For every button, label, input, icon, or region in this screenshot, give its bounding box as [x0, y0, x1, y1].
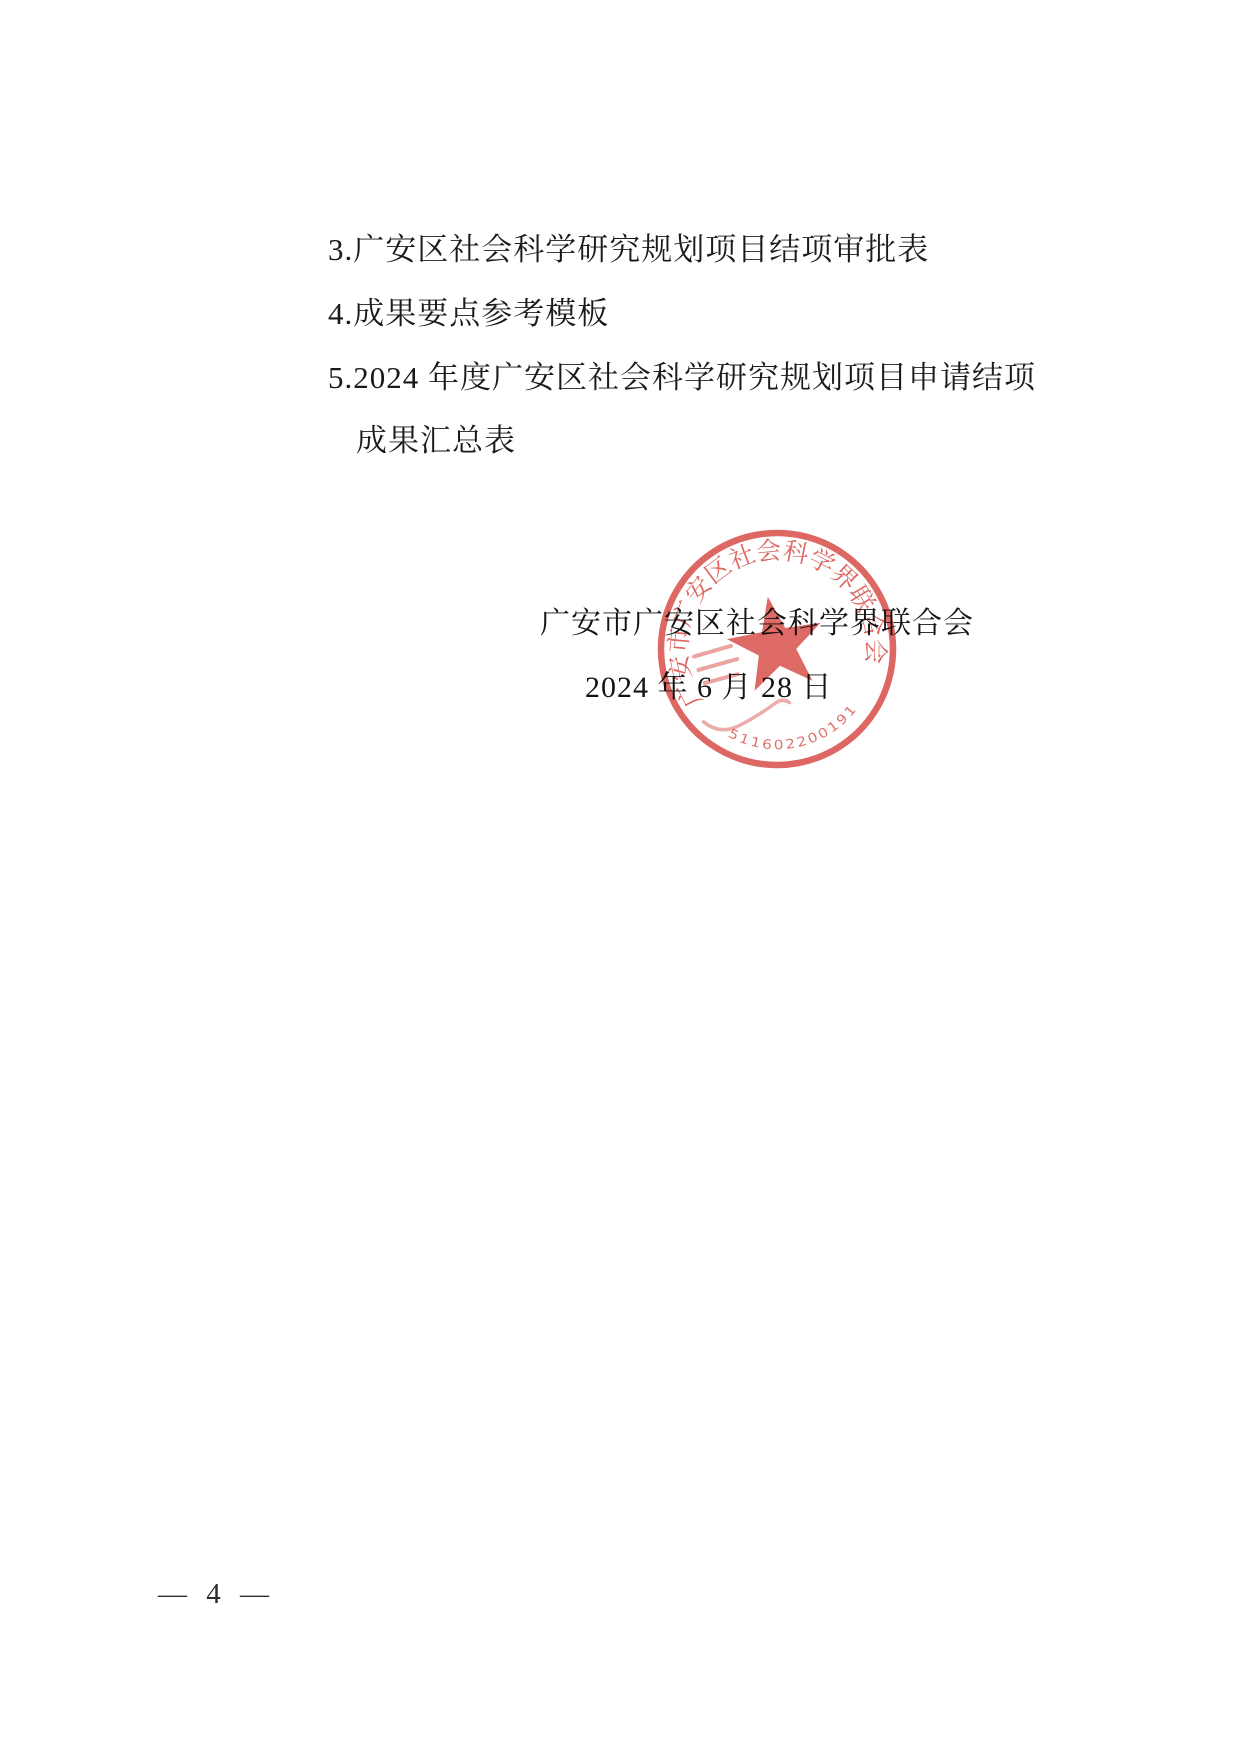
page-number: — 4 — — [158, 1578, 275, 1611]
attachment-item-5: 5.2024 年度广安区社会科学研究规划项目申请结项 — [328, 352, 1036, 397]
signature-date: 2024 年 6 月 28 日 — [585, 662, 833, 706]
stamp-ring-circle — [643, 515, 912, 784]
official-stamp: 广安市广安区社会科学界联合会 5116022001910 — [625, 497, 929, 801]
document-page: 3.广安区社会科学研究规划项目结项审批表 4.成果要点参考模板 5.2024 年… — [0, 0, 1240, 1754]
attachment-item-5-continuation: 成果汇总表 — [356, 415, 516, 460]
attachment-item-4: 4.成果要点参考模板 — [328, 288, 609, 333]
signature-org: 广安市广安区社会科学界联合会 — [540, 598, 974, 642]
attachment-item-3: 3.广安区社会科学研究规划项目结项审批表 — [328, 224, 929, 269]
